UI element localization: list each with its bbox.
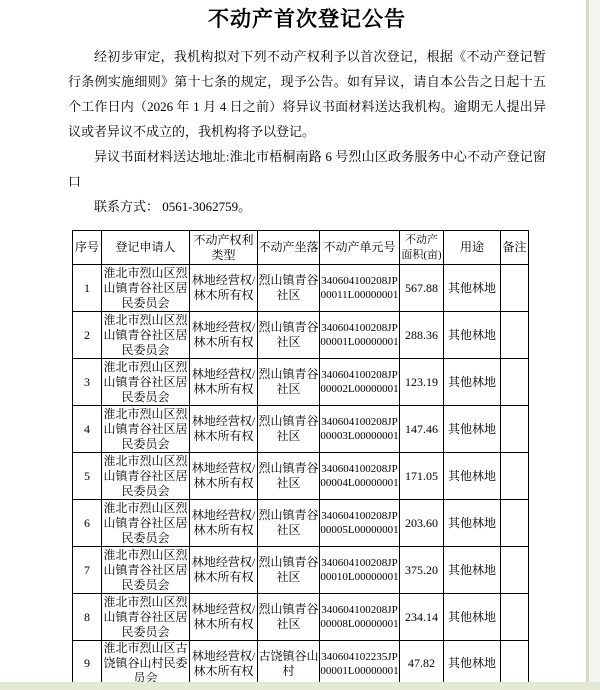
page-title: 不动产首次登记公告: [68, 4, 546, 34]
table-cell: [501, 641, 529, 687]
table-cell: 147.46: [400, 406, 444, 453]
table-cell: 6: [73, 500, 102, 547]
table-cell: 烈山镇青谷社区: [258, 265, 320, 312]
table-cell: 234.14: [400, 594, 444, 641]
table-cell: 340604100208JP00002L00000001: [320, 359, 400, 406]
table-cell: 烈山镇青谷社区: [258, 453, 320, 500]
table-cell: 340604102235JP00001L00000001: [320, 641, 400, 687]
header-cell: 不动产坐落: [258, 231, 320, 265]
table-cell: [501, 500, 529, 547]
table-cell: [501, 594, 529, 641]
table-cell: 4: [73, 406, 102, 453]
table-cell: [501, 312, 529, 359]
table-cell: 淮北市烈山区古饶镇谷山村民委员会: [102, 641, 190, 687]
header-cell: 备注: [501, 231, 529, 265]
table-row: 6淮北市烈山区烈山镇青谷社区居民委员会林地经营权/林木所有权烈山镇青谷社区340…: [73, 500, 529, 547]
table-cell: 9: [73, 641, 102, 687]
table-cell: 烈山镇青谷社区: [258, 594, 320, 641]
table-cell: 123.19: [400, 359, 444, 406]
table-cell: 5: [73, 453, 102, 500]
table-cell: 其他林地: [444, 594, 501, 641]
table-cell: [501, 265, 529, 312]
table-cell: 淮北市烈山区烈山镇青谷社区居民委员会: [102, 359, 190, 406]
table-header-row: 序号登记申请人不动产权利类型不动产坐落不动产单元号不动产面积(亩)用途备注: [73, 231, 529, 265]
table-cell: 340604100208JP00003L00000001: [320, 406, 400, 453]
table-row: 2淮北市烈山区烈山镇青谷社区居民委员会林地经营权/林木所有权烈山镇青谷社区340…: [73, 312, 529, 359]
table-cell: 171.05: [400, 453, 444, 500]
header-cell: 不动产面积(亩): [400, 231, 444, 265]
table-cell: 淮北市烈山区烈山镇青谷社区居民委员会: [102, 594, 190, 641]
table-cell: 淮北市烈山区烈山镇青谷社区居民委员会: [102, 265, 190, 312]
table-cell: 烈山镇青谷社区: [258, 500, 320, 547]
table-cell: 其他林地: [444, 500, 501, 547]
table-cell: 林地经营权/林木所有权: [190, 359, 258, 406]
page-right-margin: [589, 0, 600, 690]
table-cell: 其他林地: [444, 406, 501, 453]
table-cell: 林地经营权/林木所有权: [190, 594, 258, 641]
table-cell: 林地经营权/林木所有权: [190, 265, 258, 312]
table-cell: 淮北市烈山区烈山镇青谷社区居民委员会: [102, 453, 190, 500]
table-cell: 林地经营权/林木所有权: [190, 312, 258, 359]
table-cell: 其他林地: [444, 547, 501, 594]
table-row: 9淮北市烈山区古饶镇谷山村民委员会林地经营权/林木所有权古饶镇谷山村340604…: [73, 641, 529, 687]
table-cell: 340604100208JP00005L00000001: [320, 500, 400, 547]
table-body: 1淮北市烈山区烈山镇青谷社区居民委员会林地经营权/林木所有权烈山镇青谷社区340…: [73, 265, 529, 687]
table-cell: 567.88: [400, 265, 444, 312]
table-cell: 其他林地: [444, 453, 501, 500]
table-cell: 其他林地: [444, 359, 501, 406]
table-cell: 烈山镇青谷社区: [258, 406, 320, 453]
table-row: 7淮北市烈山区烈山镇青谷社区居民委员会林地经营权/林木所有权烈山镇青谷社区340…: [73, 547, 529, 594]
table-cell: 3: [73, 359, 102, 406]
table-cell: 淮北市烈山区烈山镇青谷社区居民委员会: [102, 547, 190, 594]
table-row: 5淮北市烈山区烈山镇青谷社区居民委员会林地经营权/林木所有权烈山镇青谷社区340…: [73, 453, 529, 500]
table-cell: 1: [73, 265, 102, 312]
page-bottom-strip: [0, 682, 600, 690]
table-cell: 其他林地: [444, 312, 501, 359]
page-right-edge-line: [586, 0, 589, 690]
table-cell: 8: [73, 594, 102, 641]
table-cell: 古饶镇谷山村: [258, 641, 320, 687]
header-cell: 不动产权利类型: [190, 231, 258, 265]
registration-table: 序号登记申请人不动产权利类型不动产坐落不动产单元号不动产面积(亩)用途备注 1淮…: [72, 230, 529, 687]
table-cell: 淮北市烈山区烈山镇青谷社区居民委员会: [102, 500, 190, 547]
header-cell: 不动产单元号: [320, 231, 400, 265]
table-cell: 47.82: [400, 641, 444, 687]
table-cell: 淮北市烈山区烈山镇青谷社区居民委员会: [102, 312, 190, 359]
table-cell: [501, 359, 529, 406]
table-cell: 2: [73, 312, 102, 359]
table-cell: 203.60: [400, 500, 444, 547]
table-cell: 烈山镇青谷社区: [258, 359, 320, 406]
table-cell: [501, 453, 529, 500]
table-cell: 340604100208JP00004L00000001: [320, 453, 400, 500]
table-cell: [501, 547, 529, 594]
table-cell: 林地经营权/林木所有权: [190, 500, 258, 547]
notice-paragraph-address: 异议书面材料送达地址:淮北市梧桐南路 6 号烈山区政务服务中心不动产登记窗口: [68, 144, 546, 194]
table-cell: 淮北市烈山区烈山镇青谷社区居民委员会: [102, 406, 190, 453]
table-row: 8淮北市烈山区烈山镇青谷社区居民委员会林地经营权/林木所有权烈山镇青谷社区340…: [73, 594, 529, 641]
header-cell: 登记申请人: [102, 231, 190, 265]
table-cell: 林地经营权/林木所有权: [190, 453, 258, 500]
table-row: 1淮北市烈山区烈山镇青谷社区居民委员会林地经营权/林木所有权烈山镇青谷社区340…: [73, 265, 529, 312]
table-cell: 7: [73, 547, 102, 594]
table-row: 4淮北市烈山区烈山镇青谷社区居民委员会林地经营权/林木所有权烈山镇青谷社区340…: [73, 406, 529, 453]
table-cell: 林地经营权/林木所有权: [190, 547, 258, 594]
table-cell: [501, 406, 529, 453]
table-cell: 其他林地: [444, 265, 501, 312]
table-cell: 340604100208JP00001L00000001: [320, 312, 400, 359]
table-cell: 其他林地: [444, 641, 501, 687]
notice-paragraph-contact: 联系方式： 0561-3062759。: [68, 194, 546, 219]
table-cell: 林地经营权/林木所有权: [190, 641, 258, 687]
table-row: 3淮北市烈山区烈山镇青谷社区居民委员会林地经营权/林木所有权烈山镇青谷社区340…: [73, 359, 529, 406]
table-cell: 烈山镇青谷社区: [258, 312, 320, 359]
notice-paragraph-main: 经初步审定，我机构拟对下列不动产权利予以首次登记，根据《不动产登记暂行条例实施细…: [68, 44, 546, 144]
table-cell: 烈山镇青谷社区: [258, 547, 320, 594]
table-cell: 288.36: [400, 312, 444, 359]
header-cell: 序号: [73, 231, 102, 265]
document-body: 不动产首次登记公告 经初步审定，我机构拟对下列不动产权利予以首次登记，根据《不动…: [68, 4, 546, 687]
table-cell: 375.20: [400, 547, 444, 594]
table-cell: 340604100208JP00010L00000001: [320, 547, 400, 594]
notice-text: 经初步审定，我机构拟对下列不动产权利予以首次登记，根据《不动产登记暂行条例实施细…: [68, 44, 546, 219]
header-cell: 用途: [444, 231, 501, 265]
table-cell: 林地经营权/林木所有权: [190, 406, 258, 453]
table-cell: 340604100208JP00008L00000001: [320, 594, 400, 641]
table-cell: 340604100208JP00011L00000001: [320, 265, 400, 312]
